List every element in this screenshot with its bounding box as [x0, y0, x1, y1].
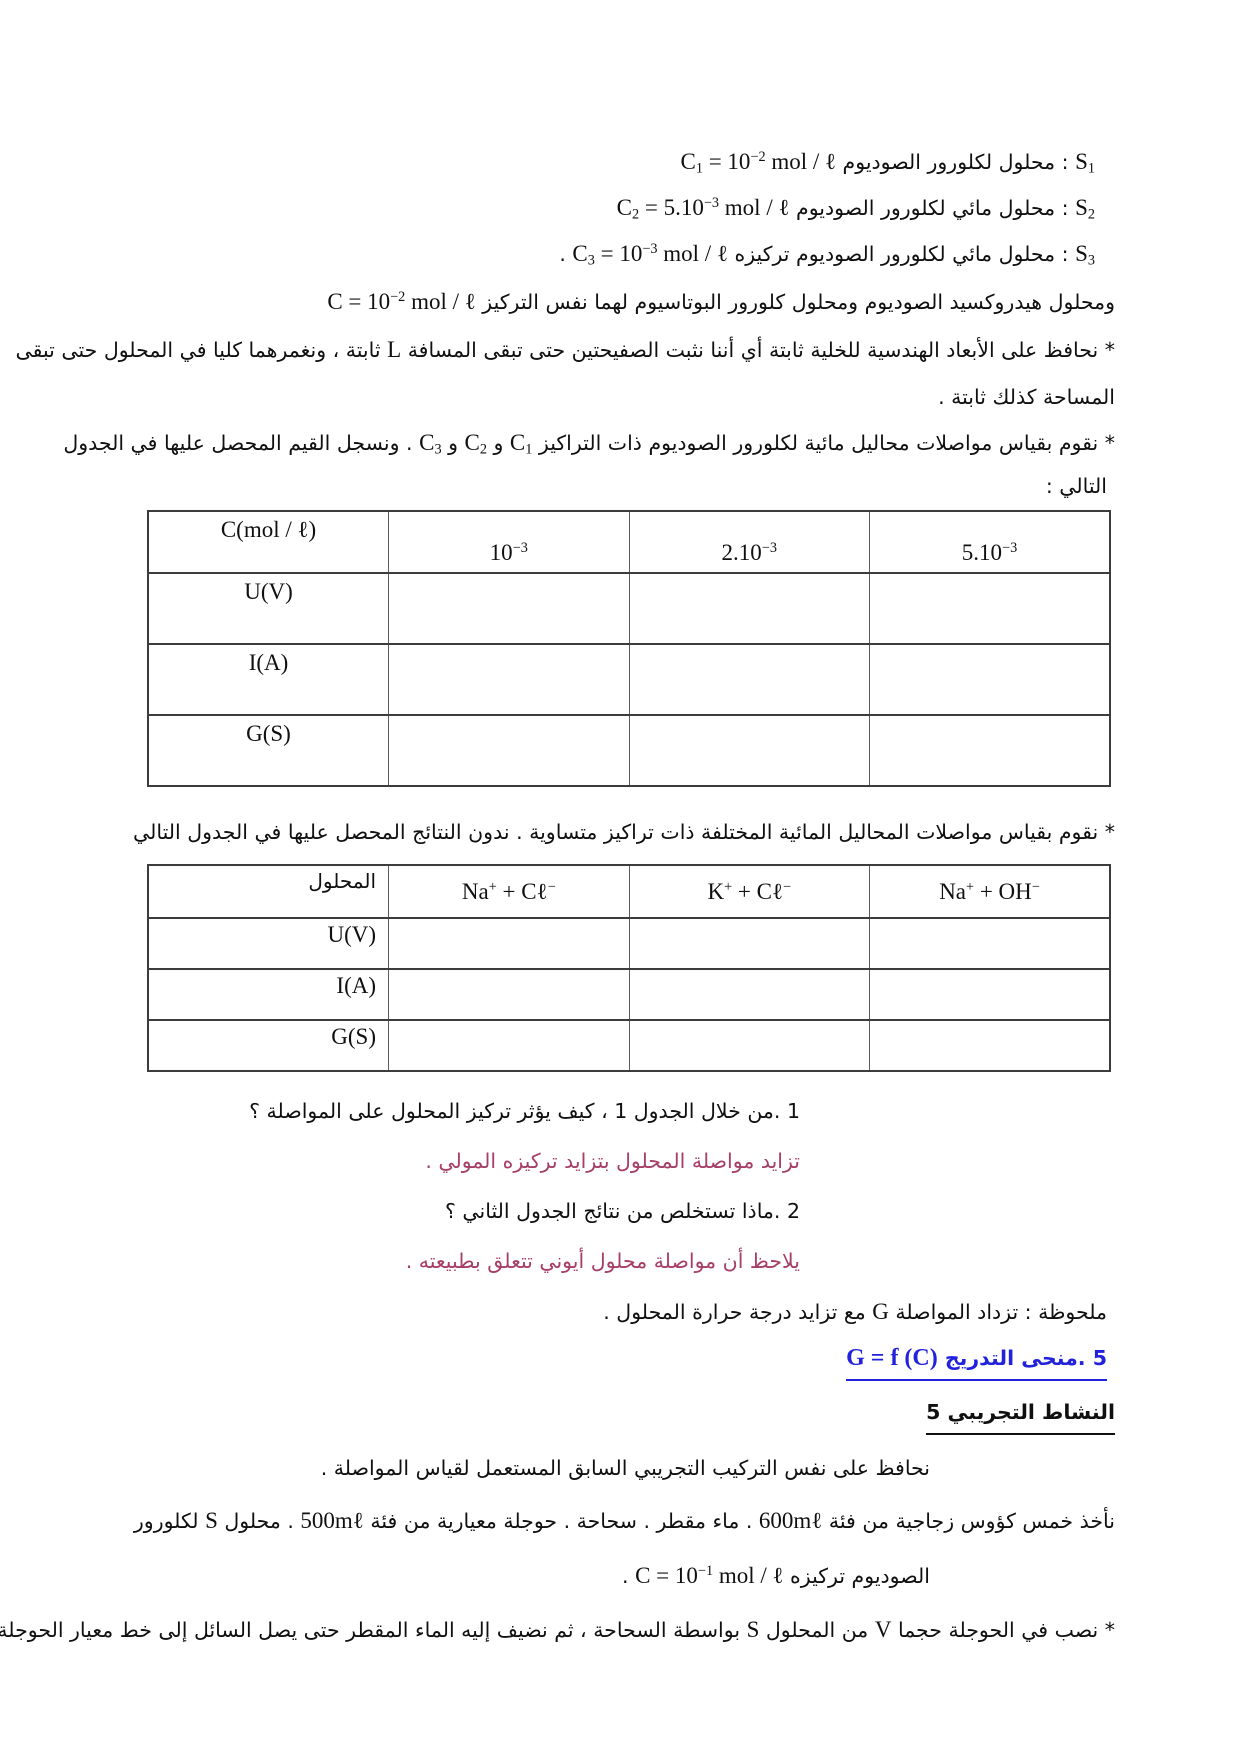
table-header-value-cell: 5.10−3 [870, 511, 1111, 573]
table-empty-cell [389, 644, 630, 715]
table-row: I(A) [148, 644, 1110, 715]
math-expression: 10−3 [490, 540, 528, 565]
table-empty-cell [629, 715, 870, 786]
conductance-vs-solution-table: المحلولNa+ + Cℓ−K+ + Cℓ−Na+ + OH−U(V)I(A… [147, 864, 1111, 1072]
conductance-vs-concentration-table: C(mol / ℓ)10−32.10−35.10−3U(V)I(A)G(S) [147, 510, 1111, 787]
math-expression: L [387, 337, 401, 362]
table-header-value-cell: Na+ + OH− [870, 865, 1111, 918]
math-expression: C(mol / ℓ) [221, 517, 316, 542]
table-row-label-cell: U(V) [148, 918, 389, 969]
table-empty-cell [870, 969, 1111, 1020]
math-expression: S [747, 1617, 760, 1642]
solution-s3-line: S3 : محلول مائي لكلورور الصوديوم تركيزه … [115, 238, 1115, 270]
math-expression: V [875, 1617, 892, 1642]
math-expression: C1 = 10−2 mol / ℓ [680, 149, 836, 174]
measure-nacl-line: * نقوم بقياس مواصلات محاليل مائية لكلورو… [115, 427, 1115, 459]
table-header-row: المحلولNa+ + Cℓ−K+ + Cℓ−Na+ + OH− [148, 865, 1110, 918]
table-row-label-cell: U(V) [148, 573, 389, 644]
table-header-value-cell: K+ + Cℓ− [629, 865, 870, 918]
between-tables-section: * نقوم بقياس مواصلات المحاليل المائية ال… [115, 817, 1115, 848]
worksheet-page: S1 : محلول لكلورور الصوديوم C1 = 10−2 mo… [0, 0, 1240, 1754]
question-2: 2 .ماذا تستخلص من نتائج الجدول الثاني ؟ [115, 1196, 1115, 1227]
table-header-label-cell: المحلول [148, 865, 389, 918]
math-expression: G = f (C) [846, 1345, 938, 1371]
solution-s2-line: S2 : محلول مائي لكلورور الصوديوم C2 = 5.… [115, 192, 1115, 224]
table-header-value-cell: 2.10−3 [629, 511, 870, 573]
section-5-heading: 5 .منحى التدريج G = f (C) [115, 1343, 1115, 1381]
table-empty-cell [870, 1020, 1111, 1071]
math-expression: G [872, 1299, 889, 1324]
solution-s1-line: S1 : محلول لكلورور الصوديوم C1 = 10−2 mo… [115, 146, 1115, 178]
table-row: U(V) [148, 573, 1110, 644]
heading-underline: النشاط التجريبي 5 [926, 1397, 1115, 1435]
table-empty-cell [870, 644, 1111, 715]
materials-line: نأخذ خمس كؤوس زجاجية من فئة 600mℓ . ماء … [115, 1505, 1115, 1537]
questions-answers-section: 1 .من خلال الجدول 1 ، كيف يؤثر تركيز الم… [115, 1096, 1115, 1646]
math-expression: I(A) [249, 650, 289, 675]
math-expression: C = 10−2 mol / ℓ [327, 289, 475, 314]
table-header-label-cell: C(mol / ℓ) [148, 511, 389, 573]
math-expression: S [205, 1508, 218, 1533]
activity-5-heading: النشاط التجريبي 5 [115, 1397, 1115, 1435]
table-empty-cell [389, 969, 630, 1020]
math-expression: U(V) [244, 579, 293, 604]
materials-continuation: الصوديوم تركيزه C = 10−1 mol / ℓ . [115, 1560, 1115, 1592]
math-expression: 500mℓ [300, 1508, 363, 1533]
table-header-value-cell: Na+ + Cℓ− [389, 865, 630, 918]
table-empty-cell [629, 918, 870, 969]
table-empty-cell [389, 1020, 630, 1071]
table-row-label-cell: I(A) [148, 644, 389, 715]
math-expression: C3 = 10−3 mol / ℓ [572, 241, 728, 266]
cell-geometry-line: * نحافظ على الأبعاد الهندسية للخلية ثابت… [115, 334, 1115, 366]
answer-1: تزايد مواصلة المحلول بتزايد تركيزه المول… [115, 1146, 1115, 1177]
table-empty-cell [389, 573, 630, 644]
math-expression: G(S) [331, 1024, 376, 1049]
table-empty-cell [629, 573, 870, 644]
question-1: 1 .من خلال الجدول 1 ، كيف يؤثر تركيز الم… [115, 1096, 1115, 1127]
table-empty-cell [389, 715, 630, 786]
table-row-label-cell: I(A) [148, 969, 389, 1020]
table-row: U(V) [148, 918, 1110, 969]
table-empty-cell [389, 918, 630, 969]
table-row-label-cell: G(S) [148, 1020, 389, 1071]
math-expression: C2 = 5.10−3 mol / ℓ [617, 195, 790, 220]
table-empty-cell [629, 969, 870, 1020]
measure-various-line: * نقوم بقياس مواصلات المحاليل المائية ال… [115, 817, 1115, 848]
table-empty-cell [870, 573, 1111, 644]
math-expression: S2 [1075, 195, 1095, 220]
pour-step-line: * نصب في الحوجلة حجما V من المحلول S بوا… [115, 1614, 1115, 1646]
table-row: G(S) [148, 715, 1110, 786]
heading-underline: 5 .منحى التدريج G = f (C) [846, 1343, 1107, 1381]
math-expression: G(S) [246, 721, 291, 746]
naoh-kcl-line: ومحلول هيدروكسيد الصوديوم ومحلول كلورور … [115, 286, 1115, 318]
table-empty-cell [629, 1020, 870, 1071]
cell-geometry-continuation: المساحة كذلك ثابتة . [115, 382, 1115, 413]
table-header-row: C(mol / ℓ)10−32.10−35.10−3 [148, 511, 1110, 573]
math-expression: S3 [1075, 241, 1095, 266]
math-expression: K+ + Cℓ− [707, 879, 791, 904]
answer-2: يلاحظ أن مواصلة محلول أيوني تتعلق بطبيعت… [115, 1246, 1115, 1277]
table-header-value-cell: 10−3 [389, 511, 630, 573]
math-expression: 2.10−3 [722, 540, 777, 565]
math-expression: Na+ + Cℓ− [462, 879, 556, 904]
table-empty-cell [870, 918, 1111, 969]
math-expression: I(A) [336, 973, 376, 998]
math-expression: C3 [419, 430, 441, 455]
math-expression: C1 [510, 430, 532, 455]
math-expression: S1 [1075, 149, 1095, 174]
intro-section: S1 : محلول لكلورور الصوديوم C1 = 10−2 mo… [115, 146, 1115, 502]
math-expression: U(V) [327, 922, 376, 947]
math-expression: Na+ + OH− [939, 879, 1040, 904]
table-empty-cell [629, 644, 870, 715]
table-row-label-cell: G(S) [148, 715, 389, 786]
table-empty-cell [870, 715, 1111, 786]
keep-setup-line: نحافظ على نفس التركيب التجريبي السابق ال… [115, 1453, 1115, 1484]
following-label: التالي : [115, 471, 1115, 502]
math-expression: C2 [465, 430, 487, 455]
table-row: G(S) [148, 1020, 1110, 1071]
math-expression: 5.10−3 [962, 540, 1017, 565]
math-expression: 600mℓ [759, 1508, 822, 1533]
temperature-remark: ملحوظة : تزداد المواصلة G مع تزايد درجة … [115, 1296, 1115, 1328]
math-expression: C = 10−1 mol / ℓ [635, 1563, 783, 1588]
table-row: I(A) [148, 969, 1110, 1020]
